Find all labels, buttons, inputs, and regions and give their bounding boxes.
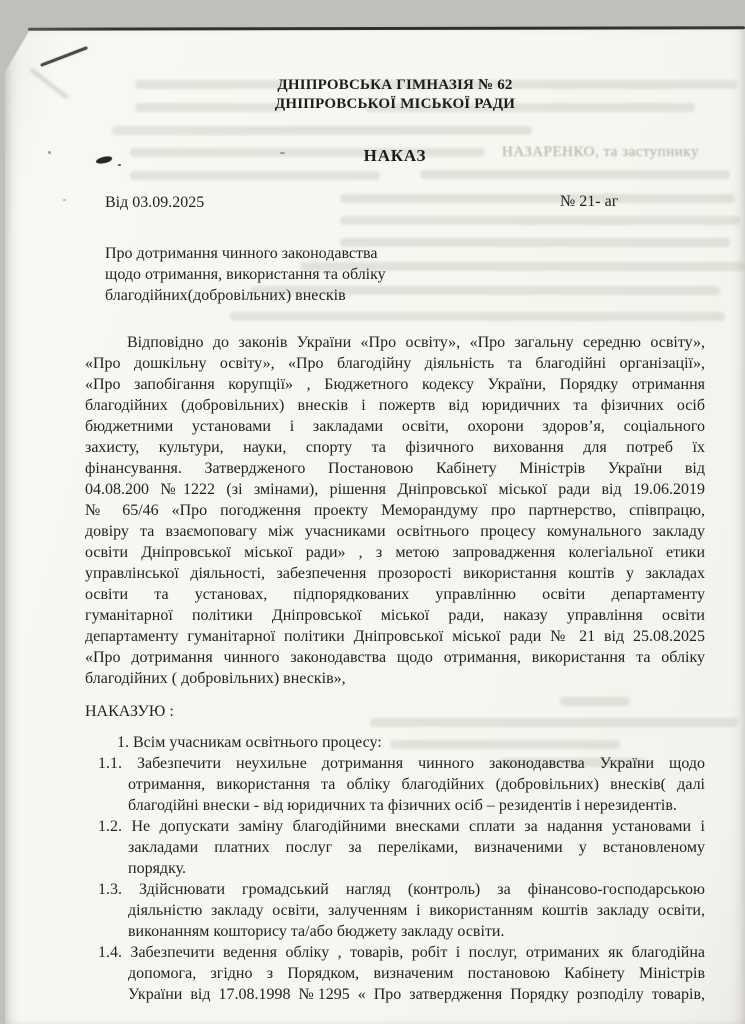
- text-line: довіру та взаємоповагу між учасниками ос…: [85, 521, 705, 542]
- organization-name-line1: ДНІПРОВСЬКА ГІМНАЗІЯ № 62: [85, 76, 705, 95]
- text-line: 1. Всім учасникам освітнього процесу:: [85, 732, 705, 753]
- text-line: захисту, культури, науки, спорту та фізи…: [85, 437, 705, 458]
- text-line: щодо отримання, використання та обліку: [105, 264, 435, 285]
- order-number: № 21- аг: [560, 193, 618, 211]
- text-line: «Про дошкільну освіту», «Про благодійну …: [85, 353, 705, 374]
- text-line: 1.2. Не допускати заміну благодійними вн…: [85, 816, 705, 837]
- text-line: Відповідно до законів України «Про освіт…: [85, 332, 705, 353]
- organization-name: ДНІПРОВСЬКА ГІМНАЗІЯ № 62 ДНІПРОВСЬКОЇ М…: [85, 76, 705, 114]
- text-line: допомога, згідно з Порядком, визначеним …: [85, 963, 705, 984]
- text-line: 1.3. Здійснювати громадський нагляд (кон…: [85, 879, 705, 900]
- text-line: 1.1. Забезпечити неухильне дотримання чи…: [85, 753, 705, 774]
- text-line: освіти Дніпровської міської ради» , з ме…: [85, 542, 705, 563]
- order-date: Від 03.09.2025: [105, 194, 204, 212]
- text-line: 04.08.200 №1222 (зі змінами), рішення Дн…: [85, 479, 705, 500]
- text-line: благодійних ( добровільних) внесків»,: [85, 668, 705, 689]
- decree-word: НАКАЗУЮ :: [85, 701, 705, 722]
- text-line: фінансування. Затвердженого Постановою К…: [85, 458, 705, 479]
- text-line: Про дотримання чинного законодавства: [105, 243, 435, 264]
- order-subject: Про дотримання чинного законодавстващодо…: [105, 243, 435, 306]
- text-line: «Про запобігання корупції» , Бюджетного …: [85, 374, 705, 395]
- scanned-order-page: { "page": { "background_color": "#bfbfbc…: [0, 0, 745, 1024]
- text-line: «Про дотримання чинного законодавства що…: [85, 647, 705, 668]
- intro-paragraph: Відповідно до законів України «Про освіт…: [85, 332, 705, 689]
- text-line: виконанням кошторису та/або бюджету закл…: [85, 921, 705, 942]
- text-line: України від 17.08.1998 №1295 « Про затве…: [85, 984, 705, 1005]
- order-document: ДНІПРОВСЬКА ГІМНАЗІЯ № 62 ДНІПРОВСЬКОЇ М…: [0, 0, 745, 1024]
- organization-name-line2: ДНІПРОВСЬКОЇ МІСЬКОЇ РАДИ: [85, 95, 705, 114]
- text-line: благодійних(добровільних) внесків: [105, 285, 435, 306]
- text-line: отримання, використання та обліку благод…: [85, 774, 705, 795]
- order-items-list: 1. Всім учасникам освітнього процесу:1.1…: [85, 732, 705, 1005]
- document-type-title: НАКАЗ: [85, 146, 705, 166]
- text-line: порядку.: [85, 858, 705, 879]
- text-line: управлінської діяльності, забезпечення п…: [85, 563, 705, 584]
- text-line: закладами платних послуг за переліками, …: [85, 837, 705, 858]
- text-line: 1.4. Забезпечити ведення обліку , товарі…: [85, 942, 705, 963]
- text-line: діяльністю закладу освіти, залученням і …: [85, 900, 705, 921]
- text-line: гуманітарної політики Дніпровської міськ…: [85, 605, 705, 626]
- text-line: бюджетними установами і закладами освіти…: [85, 416, 705, 437]
- order-body: Відповідно до законів України «Про освіт…: [85, 332, 705, 1005]
- text-line: департаменту гуманітарної політики Дніпр…: [85, 626, 705, 647]
- text-line: № 65/46 «Про погодження проекту Меморанд…: [85, 500, 705, 521]
- text-line: благодійних (добровільних) внесків і пож…: [85, 395, 705, 416]
- text-line: освіти та установах, підпорядкованих упр…: [85, 584, 705, 605]
- text-line: благодійні внески - від юридичних та фіз…: [85, 795, 705, 816]
